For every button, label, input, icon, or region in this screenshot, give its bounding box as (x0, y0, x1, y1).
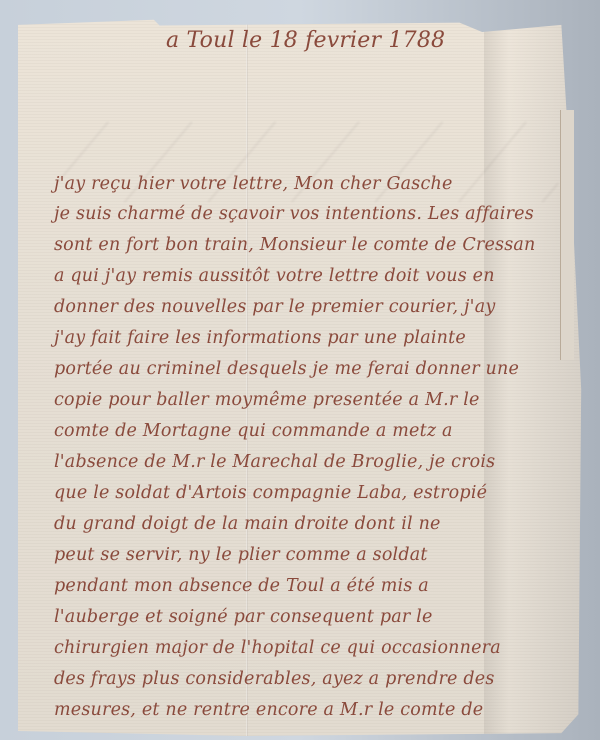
letter-line: l'auberge et soigné par consequent par l… (54, 607, 433, 627)
letter-line: je suis charmé de sçavoir vos intentions… (54, 204, 534, 224)
letter-line: mesures, et ne rentre encore a M.r le co… (54, 700, 483, 720)
letter-line: j'ay reçu hier votre lettre, Mon cher Ga… (54, 174, 453, 194)
folded-edge-flap (560, 110, 574, 360)
letter-line: donner des nouvelles par le premier cour… (54, 297, 495, 317)
letter-line: sont en fort bon train, Monsieur le comt… (54, 235, 536, 255)
letter-sheet: a Toul le 18 fevrier 1788 j'ay reçu hier… (18, 14, 584, 736)
letter-line: des frays plus considerables, ayez a pre… (54, 669, 495, 689)
letter-line: portée au criminel desquels je me ferai … (54, 359, 519, 379)
letter-line: pendant mon absence de Toul a été mis a (54, 576, 429, 596)
letter-line: chirurgien major de l'hopital ce qui occ… (54, 638, 501, 658)
letter-line: comte de Mortagne qui commande a metz a (54, 421, 453, 441)
letter-line: a qui j'ay remis aussitôt votre lettre d… (54, 266, 495, 286)
letter-line: peut se servir, ny le plier comme a sold… (54, 545, 428, 565)
letter-line: que le soldat d'Artois compagnie Laba, e… (54, 483, 487, 503)
letter-line: j'ay fait faire les informations par une… (54, 328, 466, 348)
letter-line: l'absence de M.r le Marechal de Broglie,… (54, 452, 495, 472)
letter-line: copie pour baller moymême presentée a M.… (54, 390, 480, 410)
dateline: a Toul le 18 fevrier 1788 (166, 28, 445, 53)
letter-line: du grand doigt de la main droite dont il… (54, 514, 441, 534)
